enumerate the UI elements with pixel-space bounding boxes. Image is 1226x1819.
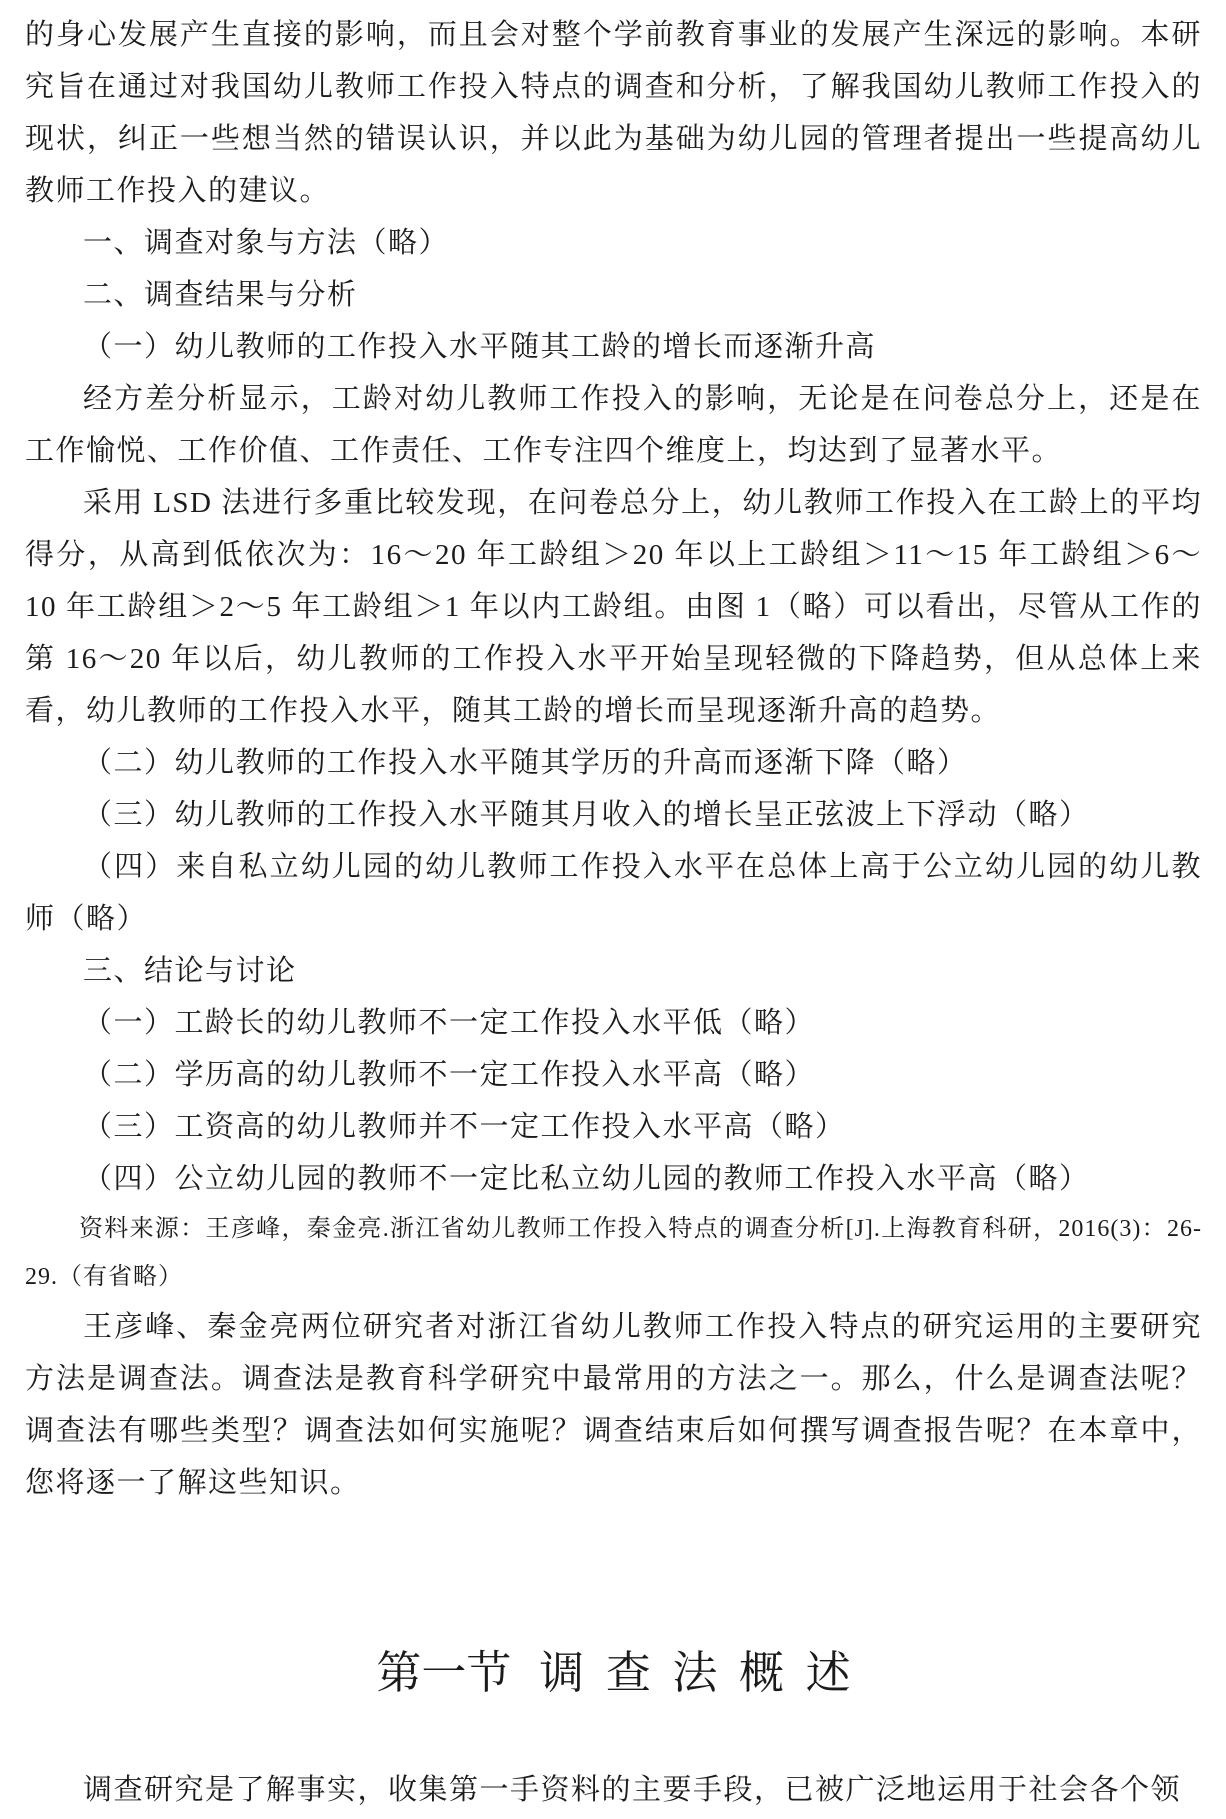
commentary-paragraph: 王彦峰、秦金亮两位研究者对浙江省幼儿教师工作投入特点的研究运用的主要研究方法是调… — [25, 1301, 1202, 1509]
section-heading: 第一节调查法概述 — [25, 1651, 1202, 1696]
section-opening-paragraph: 调查研究是了解事实，收集第一手资料的主要手段，已被广泛地运用于社会各个领 — [25, 1764, 1202, 1816]
finding-1-heading: （一）幼儿教师的工作投入水平随其工龄的增长而逐渐升高 — [25, 321, 1202, 373]
conclusion-1: （一）工龄长的幼儿教师不一定工作投入水平低（略） — [25, 997, 1202, 1049]
continued-paragraph: 的身心发展产生直接的影响，而且会对整个学前教育事业的发展产生深远的影响。本研究旨… — [25, 9, 1202, 217]
section-number: 第一节 — [376, 1648, 511, 1698]
finding-1-paragraph-anova: 经方差分析显示，工龄对幼儿教师工作投入的影响，无论是在问卷总分上，还是在工作愉悦… — [25, 373, 1202, 477]
finding-4-heading: （四）来自私立幼儿园的幼儿教师工作投入水平在总体上高于公立幼儿园的幼儿教师（略） — [25, 841, 1202, 945]
conclusion-3: （三）工资高的幼儿教师并不一定工作投入水平高（略） — [25, 1101, 1202, 1153]
subheading-conclusions-discussion: 三、结论与讨论 — [25, 945, 1202, 997]
source-citation: 资料来源：王彦峰，秦金亮.浙江省幼儿教师工作投入特点的调查分析[J].上海教育科… — [25, 1205, 1202, 1301]
subheading-survey-objects-methods: 一、调查对象与方法（略） — [25, 217, 1202, 269]
subheading-survey-results-analysis: 二、调查结果与分析 — [25, 269, 1202, 321]
finding-3-heading: （三）幼儿教师的工作投入水平随其月收入的增长呈正弦波上下浮动（略） — [25, 789, 1202, 841]
finding-2-heading: （二）幼儿教师的工作投入水平随其学历的升高而逐渐下降（略） — [25, 737, 1202, 789]
conclusion-2: （二）学历高的幼儿教师不一定工作投入水平高（略） — [25, 1049, 1202, 1101]
finding-1-paragraph-lsd: 采用 LSD 法进行多重比较发现，在问卷总分上，幼儿教师工作投入在工龄上的平均得… — [25, 477, 1202, 737]
section-title: 调查法概述 — [539, 1648, 872, 1698]
book-page: 的身心发展产生直接的影响，而且会对整个学前教育事业的发展产生深远的影响。本研究旨… — [0, 0, 1226, 1819]
conclusion-4: （四）公立幼儿园的教师不一定比私立幼儿园的教师工作投入水平高（略） — [25, 1153, 1202, 1205]
